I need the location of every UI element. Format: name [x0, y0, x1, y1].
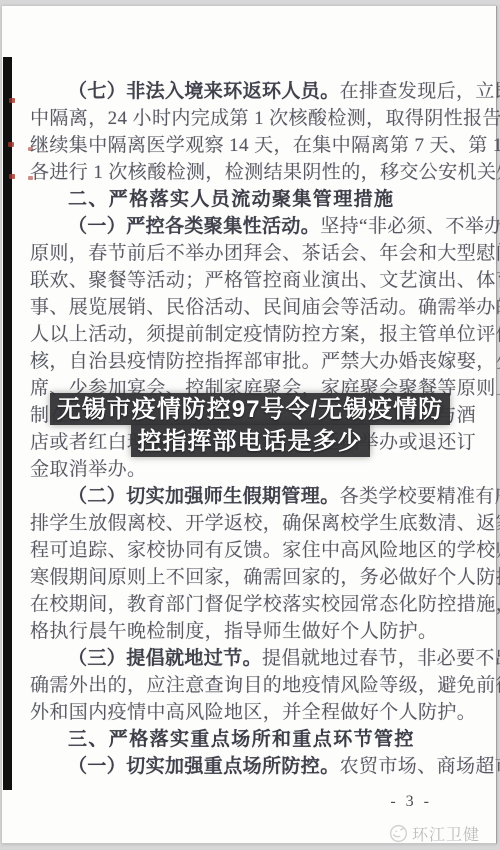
doc-line: 中隔离，24 小时内完成第 1 次核酸检测，取得阴性报告后，: [30, 105, 476, 132]
doc-line-text: 金取消举办。: [30, 459, 146, 480]
overlay-caption-text: 控指挥部电话是多少: [131, 425, 370, 457]
doc-line: （二）切实加强师生假期管理。各类学校要精准有序安: [30, 483, 476, 510]
doc-line-text: 二、严格落实人员流动聚集管理措施: [68, 189, 394, 210]
doc-line-text: 格执行晨午晚检制度，指导师生做好个人防护。: [30, 621, 437, 642]
red-seal-mark: [8, 142, 14, 147]
doc-line: 各进行 1 次核酸检测，检测结果阴性的，移交公安机关处置。: [30, 159, 476, 186]
doc-line-text: 提倡就地过春节，非必要不出行，: [262, 648, 500, 669]
doc-line-text: 中隔离，24 小时内完成第 1 次核酸检测，取得阴性报告后，: [30, 108, 500, 129]
overlay-caption-line: 控指挥部电话是多少: [0, 425, 500, 457]
doc-line-text: 人以上活动，须提前制定疫情防控方案，报主管单位评估审: [30, 324, 500, 345]
doc-line: 程可追踪、家校协同有反馈。家住中高风险地区的学校师生，: [30, 537, 476, 564]
doc-line: （一）严控各类聚集性活动。坚持“非必须、不举办”: [30, 213, 476, 240]
doc-line: （七）非法入境来环返环人员。在排查发现后，立即集: [30, 78, 476, 105]
overlay-caption: 无锡市疫情防控97号令/无锡疫情防 控指挥部电话是多少: [0, 393, 500, 457]
doc-line: 原则，春节前后不举办团拜会、茶话会、年会和大型慰问、: [30, 240, 476, 267]
watermark-logo-icon: [388, 823, 409, 844]
doc-line-bold: （二）切实加强师生假期管理。: [68, 486, 340, 507]
doc-line-text: 联欢、聚餐等活动；严格管控商业演出、文艺演出、体育赛: [30, 270, 500, 291]
doc-line: （三）提倡就地过节。提倡就地过春节，非必要不出行，: [30, 645, 476, 672]
doc-line-text: 原则，春节前后不举办团拜会、茶话会、年会和大型慰问、: [30, 243, 500, 264]
doc-line-text: 排学生放假离校、开学返校，确保离校学生底数清、返家行: [30, 513, 500, 534]
overlay-caption-line: 无锡市疫情防控97号令/无锡疫情防: [0, 393, 500, 425]
doc-line-text: 农贸市场、商场超市、: [340, 756, 500, 777]
doc-line: 在校期间，教育部门督促学校落实校园常态化防控措施，严: [30, 591, 476, 618]
doc-line-text: 外和国内疫情中高风险地区，并全程做好个人防护。: [30, 702, 476, 723]
doc-line-text: 三、严格落实重点场所和重点环节管控: [68, 729, 415, 750]
doc-line: 金取消举办。: [30, 456, 476, 483]
doc-line: （一）切实加强重点场所防控。农贸市场、商场超市、: [30, 753, 476, 780]
doc-line: 排学生放假离校、开学返校，确保离校学生底数清、返家行: [30, 510, 476, 537]
red-seal-mark: [9, 98, 15, 103]
doc-line: 外和国内疫情中高风险地区，并全程做好个人防护。: [30, 699, 476, 726]
doc-line-text: 各类学校要精准有序安: [340, 486, 500, 507]
overlay-caption-text: 无锡市疫情防控97号令/无锡疫情防: [50, 393, 450, 425]
doc-line: 寒假期间原则上不回家，确需回家的，务必做好个人防护。: [30, 564, 476, 591]
doc-line-text: 寒假期间原则上不回家，确需回家的，务必做好个人防护。: [30, 567, 500, 588]
doc-line: 确需外出的，应注意查询目的地疫情风险等级，避免前往境: [30, 672, 476, 699]
page-number: - 3 -: [390, 793, 432, 811]
doc-line: 事、展览展销、民俗活动、民间庙会等活动。确需举办的 50: [30, 294, 476, 321]
doc-line-text: 在校期间，教育部门督促学校落实校园常态化防控措施，严: [30, 594, 500, 615]
doc-line-text: 坚持“非必须、不举办”: [320, 216, 500, 237]
doc-line-text: 确需外出的，应注意查询目的地疫情风险等级，避免前往境: [30, 675, 500, 696]
doc-line-bold: （七）非法入境来环返环人员。: [68, 81, 340, 102]
doc-line-text: 核，自治县疫情防控指挥部审批。严禁大办婚丧嫁娶，少摆: [30, 351, 500, 372]
doc-line-text: 事、展览展销、民俗活动、民间庙会等活动。确需举办的 50: [30, 297, 500, 318]
doc-line: 联欢、聚餐等活动；严格管控商业演出、文艺演出、体育赛: [30, 267, 476, 294]
red-seal-mark: [9, 174, 15, 179]
doc-line-text: 继续集中隔离医学观察 14 天，在集中隔离第 7 天、第 14 天: [30, 135, 500, 156]
doc-section-heading: 三、严格落实重点场所和重点环节管控: [30, 726, 476, 753]
doc-line: 继续集中隔离医学观察 14 天，在集中隔离第 7 天、第 14 天: [30, 132, 476, 159]
doc-line: 格执行晨午晚检制度，指导师生做好个人防护。: [30, 618, 476, 645]
doc-section-heading: 二、严格落实人员流动聚集管理措施: [30, 186, 476, 213]
doc-line-bold: （三）提倡就地过节。: [68, 648, 262, 669]
watermark-text: 环江卫健: [412, 822, 480, 845]
doc-line-text: 程可追踪、家校协同有反馈。家住中高风险地区的学校师生，: [30, 540, 500, 561]
doc-line-text: 各进行 1 次核酸检测，检测结果阴性的，移交公安机关处置。: [30, 162, 500, 183]
doc-line-text: 在排查发现后，立即集: [340, 81, 500, 102]
doc-line-bold: （一）严控各类聚集性活动。: [68, 216, 320, 237]
watermark: 环江卫健: [388, 822, 480, 845]
doc-line: 核，自治县疫情防控指挥部审批。严禁大办婚丧嫁娶，少摆: [30, 348, 476, 375]
doc-line-bold: （一）切实加强重点场所防控。: [68, 756, 340, 777]
doc-line: 人以上活动，须提前制定疫情防控方案，报主管单位评估审: [30, 321, 476, 348]
